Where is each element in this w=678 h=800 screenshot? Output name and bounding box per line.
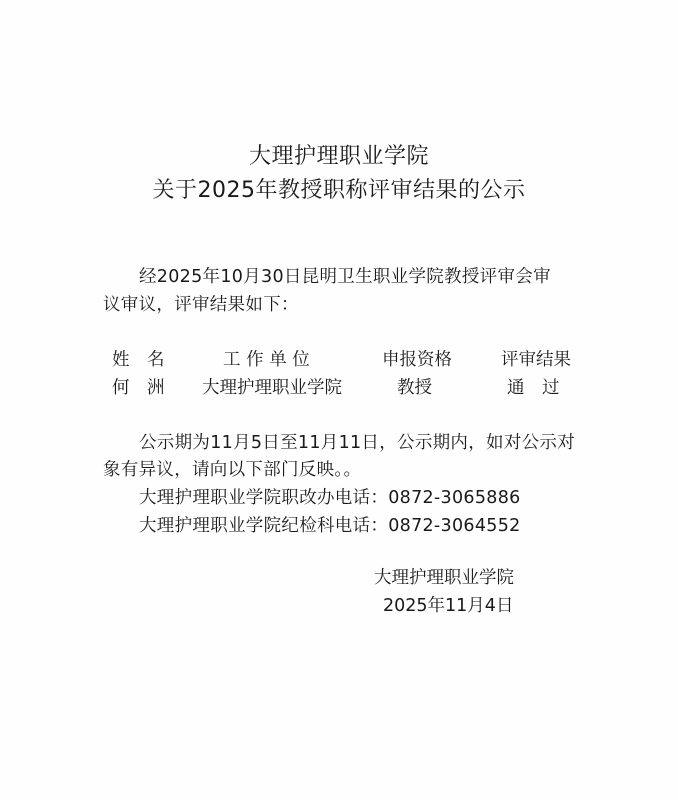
table-header-unit: 工 作 单 位	[223, 348, 310, 372]
contact-office-phone: 大理护理职业学院职改办电话：0872-3065886	[139, 486, 521, 510]
table-header-result: 评审结果	[501, 348, 571, 372]
table-cell-unit: 大理护理职业学院	[202, 376, 342, 400]
table-header-qualification: 申报资格	[382, 348, 452, 372]
table-header-name: 姓 名	[112, 348, 165, 372]
table-cell-qualification: 教授	[397, 376, 432, 400]
title-institution: 大理护理职业学院	[0, 143, 678, 171]
notice-line-1: 公示期为11月5日至11月11日，公示期内，如对公示对	[139, 431, 575, 455]
contact-discipline-phone: 大理护理职业学院纪检科电话：0872-3064552	[139, 514, 521, 538]
intro-line-1: 经2025年10月30日昆明卫生职业学院教授评审会审	[139, 265, 551, 289]
table-cell-name: 何 洲	[112, 376, 165, 400]
notice-line-2: 象有异议，请向以下部门反映。。	[103, 458, 361, 482]
table-cell-result: 通 过	[507, 376, 560, 400]
signature-date: 2025年11月4日	[383, 594, 513, 618]
signature-org: 大理护理职业学院	[374, 566, 514, 590]
intro-line-2: 议审议，评审结果如下：	[103, 293, 299, 317]
title-announcement: 关于2025年教授职称评审结果的公示	[0, 177, 678, 205]
